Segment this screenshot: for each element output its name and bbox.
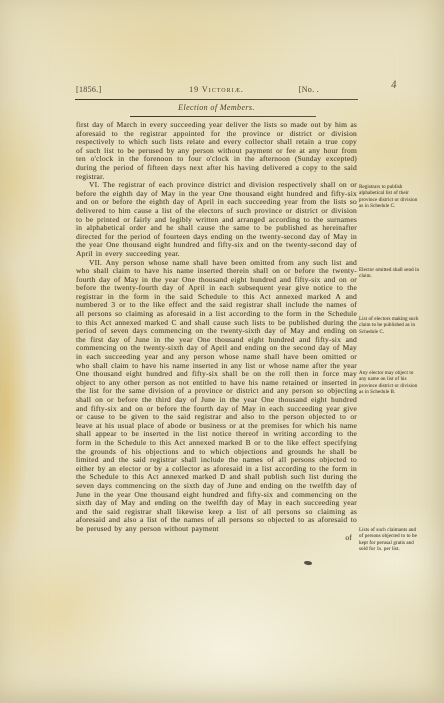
header-rule: [75, 99, 358, 100]
document-page: [1856.] 19 Victoriæ. [No. . 4 Election o…: [0, 0, 444, 703]
margin-note: List of electors making such claim to be…: [359, 317, 421, 336]
margin-notes-column: Registrars to publish alphabetical list …: [359, 0, 421, 703]
ink-speck: [304, 560, 313, 566]
paragraphs-container: first day of March in every succeeding y…: [76, 121, 357, 534]
page-header: [1856.] 19 Victoriæ. [No. .: [76, 85, 357, 96]
paragraph-continuation: first day of March in every succeeding y…: [76, 121, 357, 181]
margin-note: Registrars to publish alphabetical list …: [359, 185, 421, 210]
margin-note: Any elector may object to any name on li…: [359, 371, 421, 396]
margin-note: Elector omitted shall send in claim.: [359, 268, 421, 281]
title-rule: [130, 116, 316, 117]
body-text: first day of March in every succeeding y…: [76, 121, 357, 542]
header-number: [No. .: [299, 85, 319, 94]
margin-note: Lists of such claimants and of persons o…: [359, 528, 421, 553]
paragraph-section-vi: VI. The registrar of each province distr…: [76, 181, 357, 258]
paragraph-section-vii: VII. Any person whose name shall have be…: [76, 259, 357, 534]
catchword: of: [76, 534, 357, 543]
running-title: Election of Members.: [76, 103, 357, 112]
